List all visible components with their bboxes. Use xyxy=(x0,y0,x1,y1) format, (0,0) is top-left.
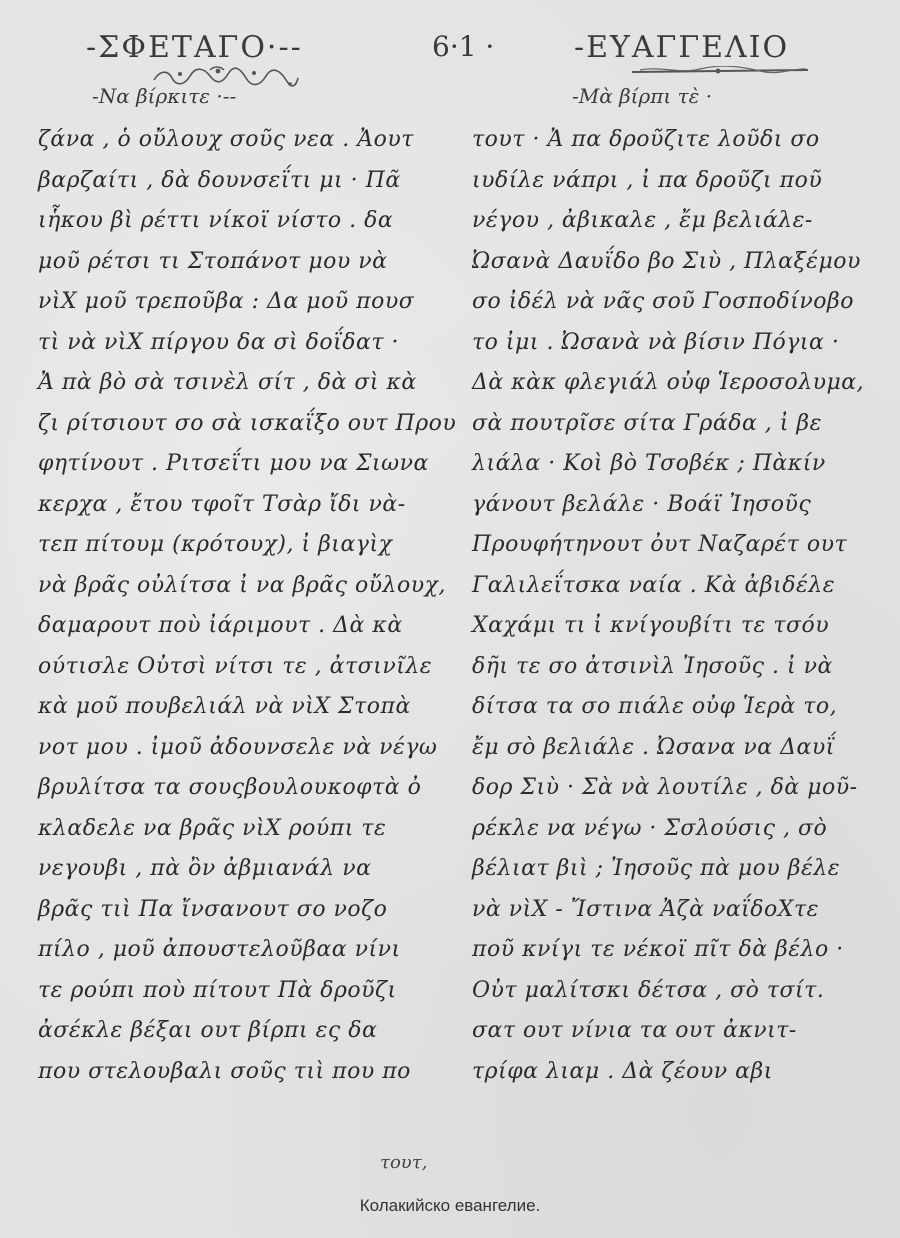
right-column-subheading: -Μὰ βίρπι τὲ · xyxy=(572,84,712,108)
text-line: γάνουτ βελάλε · Βοάϊ Ἰησοῦς xyxy=(472,485,892,526)
text-line: ιυδίλε νάπρι , ἰ πα δροῦζι ποῦ xyxy=(472,161,892,202)
text-line: ιἧκου βὶ ρέττι νίκοϊ νίστο . δα xyxy=(38,201,458,242)
scanned-page: -ΣΦΕΤΑΓΟ·-- 6·1 · -ΕΥΑΓΓΕΛΙΟ -Να βίρκιτε… xyxy=(0,0,900,1238)
text-line: σατ ουτ νίνια τα ουτ ἀκνιτ- xyxy=(472,1011,892,1052)
text-line: νὶΧ μοῦ τρεποῦβα : Δα μοῦ πουσ xyxy=(38,282,458,323)
text-line: κερχα , ἔτου τφοῖτ Τσὰρ ἴδι νὰ- xyxy=(38,485,458,526)
text-line: το ἰμι . Ὠσανὰ νὰ βίσιν Πόγια · xyxy=(472,323,892,364)
text-line: δῆι τε σο ἀτσινὶλ Ἰησοῦς . ἰ νὰ xyxy=(472,647,892,688)
text-line: σο ἰδέλ νὰ νᾶς σοῦ Γοσποδίνοβο xyxy=(472,282,892,323)
page-header: -ΣΦΕΤΑΓΟ·-- 6·1 · -ΕΥΑΓΓΕΛΙΟ xyxy=(0,30,900,70)
left-text-column: ζάνα , ὁ οὔλουχ σοῦς νεα . Ἀουτ βαρζαίτι… xyxy=(38,120,458,1092)
text-line: νὰ νὶΧ - Ἴστινα Ἀζὰ ναΐδοΧτε xyxy=(472,890,892,931)
text-line: Προυφήτηνουτ ὀυτ Ναζαρέτ ουτ xyxy=(472,525,892,566)
text-line: δαμαρουτ ποὺ ἰάριμουτ . Δὰ κὰ xyxy=(38,606,458,647)
left-column-subheading: -Να βίρκιτε ·-- xyxy=(92,84,236,108)
text-line: Ὠσανὰ Δαυΐδο βο Σιὺ , Πλαξέμου xyxy=(472,242,892,283)
text-line: πίλο , μοῦ ἀπουστελοῦβαα νίνι xyxy=(38,930,458,971)
text-line: ρέκλε να νέγω · Σσλούσις , σὸ xyxy=(472,809,892,850)
header-right-title: -ΕΥΑΓΓΕΛΙΟ xyxy=(574,30,789,65)
text-line: τὶ νὰ νὶΧ πίργου δα σὶ δοΐδατ · xyxy=(38,323,458,364)
text-line: νέγου , ἀβικαλε , ἔμ βελιάλε- xyxy=(472,201,892,242)
text-line: τρίφα λιαμ . Δὰ ζέουν αβι xyxy=(472,1052,892,1093)
text-line: νὰ βρᾶς οὐλίτσα ἰ να βρᾶς οὔλουχ, xyxy=(38,566,458,607)
text-line: βέλιατ βιὶ ; Ἰησοῦς πὰ μου βέλε xyxy=(472,849,892,890)
text-line: δίτσα τα σο πιάλε οὐφ Ἱερὰ το, xyxy=(472,687,892,728)
text-line: ποῦ κνίγι τε νέκοϊ πῖτ δὰ βέλο · xyxy=(472,930,892,971)
text-line: νοτ μου . ἰμοῦ ἀδουνσελε νὰ νέγω xyxy=(38,728,458,769)
left-column-overflow-word: τουτ, xyxy=(380,1152,427,1173)
text-line: λιάλα · Κοὶ βὸ Τσοβέκ ; Πὰκίν xyxy=(472,444,892,485)
text-line: βρυλίτσα τα σουςβουλουκοφτὰ ὀ xyxy=(38,768,458,809)
text-line: δορ Σιὺ · Σὰ νὰ λουτίλε , δὰ μοῦ- xyxy=(472,768,892,809)
text-line: Ἀ πὰ βὸ σὰ τσινὲλ σίτ , δὰ σὶ κὰ xyxy=(38,363,458,404)
text-line: τουτ · Ἀ πα δροῦζιτε λοῦδι σο xyxy=(472,120,892,161)
text-line: βαρζαίτι , δὰ δουνσεΐτι μι · Πᾶ xyxy=(38,161,458,202)
text-line: που στελουβαλι σοῦς τιὶ που πο xyxy=(38,1052,458,1093)
right-text-column: τουτ · Ἀ πα δροῦζιτε λοῦδι σο ιυδίλε νάπ… xyxy=(472,120,892,1092)
text-line: τεπ πίτουμ (κρότουχ), ἰ βιαγὶχ xyxy=(38,525,458,566)
rule-ornament-icon xyxy=(630,66,810,76)
text-line: ἔμ σὸ βελιάλε . Ὠσανα να Δαυΐ xyxy=(472,728,892,769)
text-line: ζι ρίτσιουτ σο σὰ ισκαΐξο ουτ Πρου xyxy=(38,404,458,445)
text-line: ἀσέκλε βέξαι ουτ βίρπι ες δα xyxy=(38,1011,458,1052)
page-number: 6·1 · xyxy=(432,30,494,63)
text-line: Γαλιλεΐτσκα ναία . Κὰ ἀβιδέλε xyxy=(472,566,892,607)
text-line: Δὰ κὰκ φλεγιάλ οὐφ Ἱεροσολυμα, xyxy=(472,363,892,404)
text-line: νεγουβι , πὰ ὂν ἀβμιανάλ να xyxy=(38,849,458,890)
figure-caption: Колакийско евангелие. xyxy=(0,1196,900,1216)
text-line: βρᾶς τιὶ Πα ἴνσανουτ σο νοζο xyxy=(38,890,458,931)
text-line: ούτισλε Οὐτσὶ νίτσι τε , ἀτσινῖλε xyxy=(38,647,458,688)
text-line: σὰ πουτρῖσε σίτα Γράδα , ἰ βε xyxy=(472,404,892,445)
text-line: τε ρούπι ποὺ πίτουτ Πὰ δροῦζι xyxy=(38,971,458,1012)
text-line: Οὐτ μαλίτσκι δέτσα , σὸ τσίτ. xyxy=(472,971,892,1012)
text-line: κὰ μοῦ πουβελιάλ νὰ νὶΧ Στοπὰ xyxy=(38,687,458,728)
text-line: ζάνα , ὁ οὔλουχ σοῦς νεα . Ἀουτ xyxy=(38,120,458,161)
text-line: μοῦ ρέτσι τι Στοπάνοτ μου νὰ xyxy=(38,242,458,283)
header-left-title: -ΣΦΕΤΑΓΟ·-- xyxy=(86,30,303,65)
text-line: φητίνουτ . Ριτσεΐτι μου να Σιωνα xyxy=(38,444,458,485)
text-line: κλαδελε να βρᾶς νὶΧ ρούπι τε xyxy=(38,809,458,850)
text-line: Χαχάμι τι ἰ κνίγουβίτι τε τσόυ xyxy=(472,606,892,647)
